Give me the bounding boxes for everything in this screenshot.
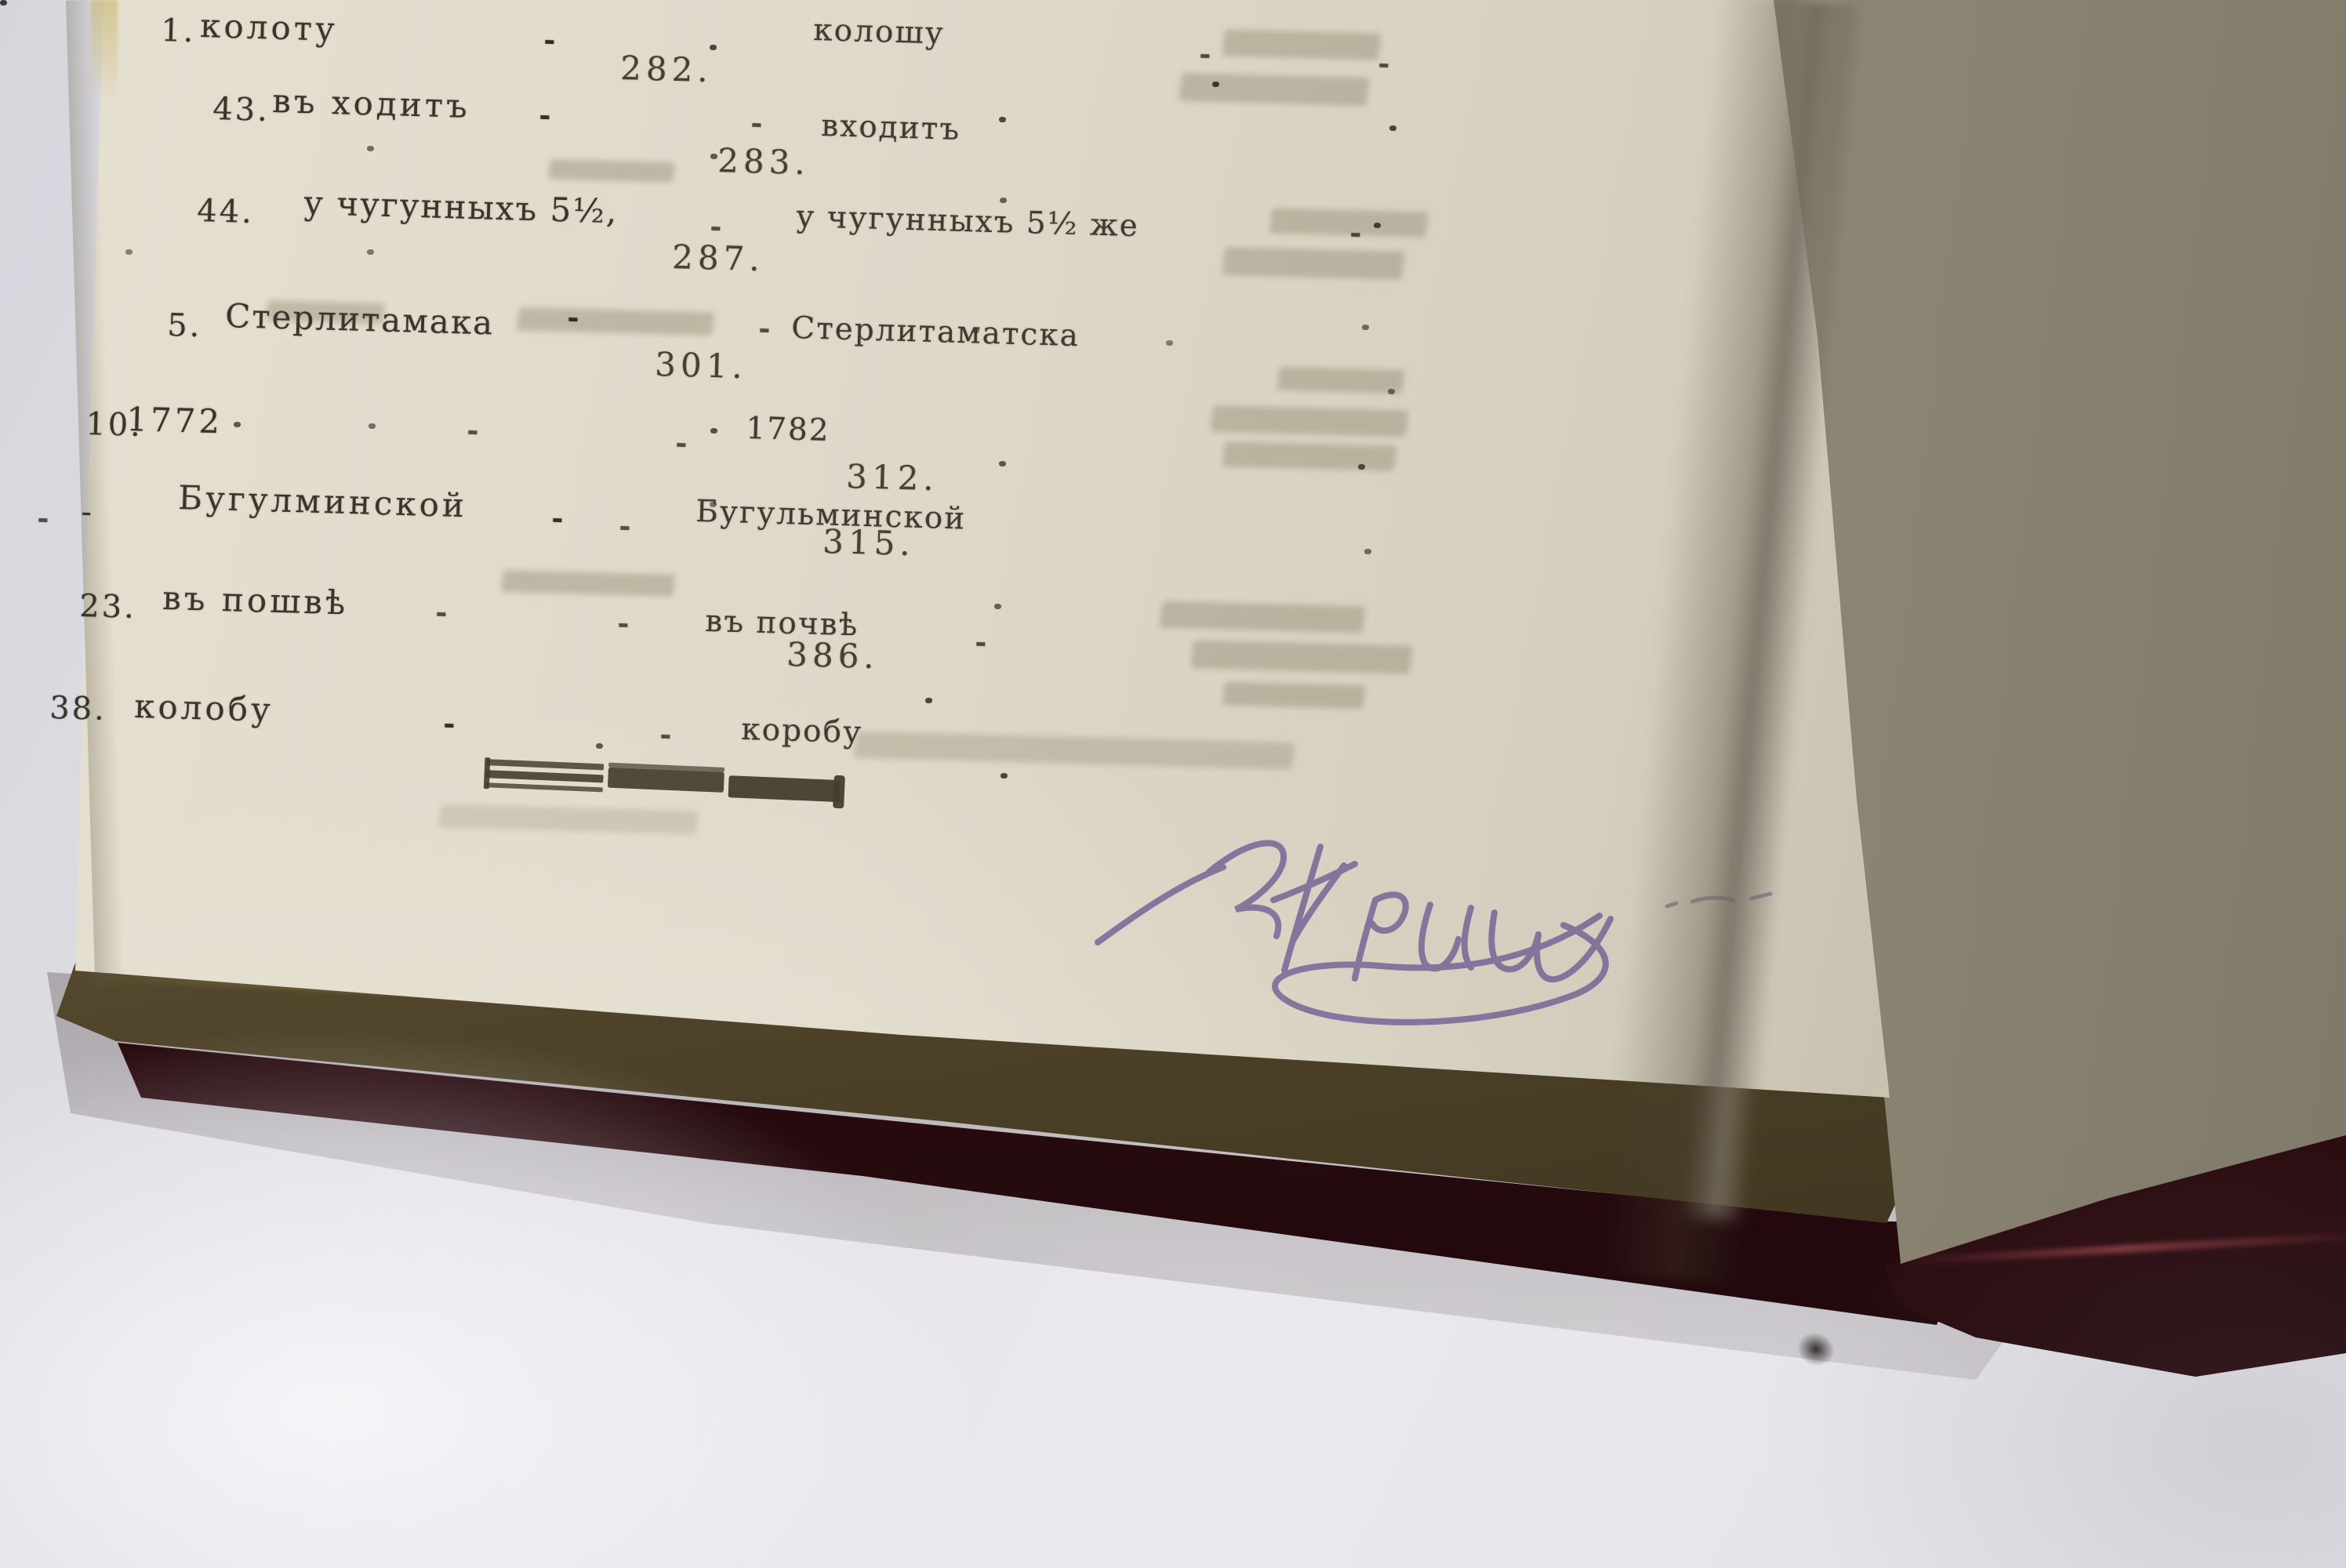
separator-dash: - [1199, 38, 1211, 71]
separator-dash: - [467, 414, 479, 447]
row-number: 44. [197, 193, 255, 230]
show-through-text [1222, 29, 1381, 60]
show-through-text [548, 159, 676, 183]
separator-dash: - [975, 626, 987, 659]
page-number: 312. [846, 457, 939, 498]
separator-dash: - [443, 707, 456, 740]
show-through-text [1178, 73, 1369, 106]
page-number: 301. [655, 345, 748, 386]
separator-dash: - [659, 718, 672, 751]
show-through-text [1222, 682, 1366, 710]
misprint-word: 1772 [126, 400, 223, 441]
row-number: 5. [167, 307, 202, 344]
show-through-text [1222, 441, 1396, 471]
misprint-word: колоту [200, 6, 339, 49]
row-number: 43. [212, 91, 271, 129]
photo-of-open-book: 1. колоту - колошу - - 282. 43. въ ходит… [0, 0, 2346, 1568]
misprint-word: въ ходитъ [272, 82, 471, 125]
show-through-text [1277, 367, 1405, 394]
separator-dash: - [1378, 47, 1390, 80]
separator-dash: - [619, 510, 631, 543]
row-number: 1. [161, 13, 196, 49]
page-number: 283. [717, 141, 811, 182]
misprint-word: Стерлитамака [225, 296, 495, 343]
separator-dash: - [37, 502, 49, 535]
pencil-scribble-marks [1661, 884, 1778, 924]
show-through-text [1222, 247, 1404, 280]
row-number: - [81, 494, 95, 530]
misprint-word: въ пошвѣ [162, 579, 349, 622]
page-number: 282. [620, 49, 714, 89]
handwritten-signature [1091, 825, 1625, 1029]
show-through-text [1269, 208, 1428, 237]
page-number: 315. [823, 522, 916, 563]
show-through-text [501, 570, 676, 597]
ink-specks [0, 0, 7, 5]
separator-dash: - [567, 301, 579, 334]
show-through-text [1210, 405, 1408, 437]
separator-dash: - [435, 596, 448, 629]
printers-rule-ornament [483, 750, 852, 828]
corrected-word: 1782 [746, 411, 830, 448]
page-number: 386. [786, 635, 880, 676]
corrected-word: входитъ [821, 108, 961, 147]
corrected-word: коробу [741, 712, 863, 750]
row-number: 23. [79, 588, 137, 626]
separator-dash: - [617, 607, 630, 640]
corrected-word: колошу [813, 13, 946, 52]
misprint-word: колобу [134, 687, 274, 729]
page-number: 287. [672, 238, 765, 278]
separator-dash: - [551, 502, 564, 535]
separator-dash: - [750, 107, 763, 140]
row-number: 38. [49, 690, 107, 728]
page-corner-gilt-edge [91, 0, 118, 102]
misprint-word: Бугулминской [178, 478, 468, 524]
separator-dash: - [543, 24, 556, 56]
separator-dash: - [758, 312, 771, 345]
separator-dash: - [675, 426, 688, 459]
show-through-text [1159, 601, 1365, 633]
separator-dash: - [539, 99, 551, 132]
separator-dash: - [1349, 216, 1362, 249]
show-through-text [1190, 640, 1412, 673]
